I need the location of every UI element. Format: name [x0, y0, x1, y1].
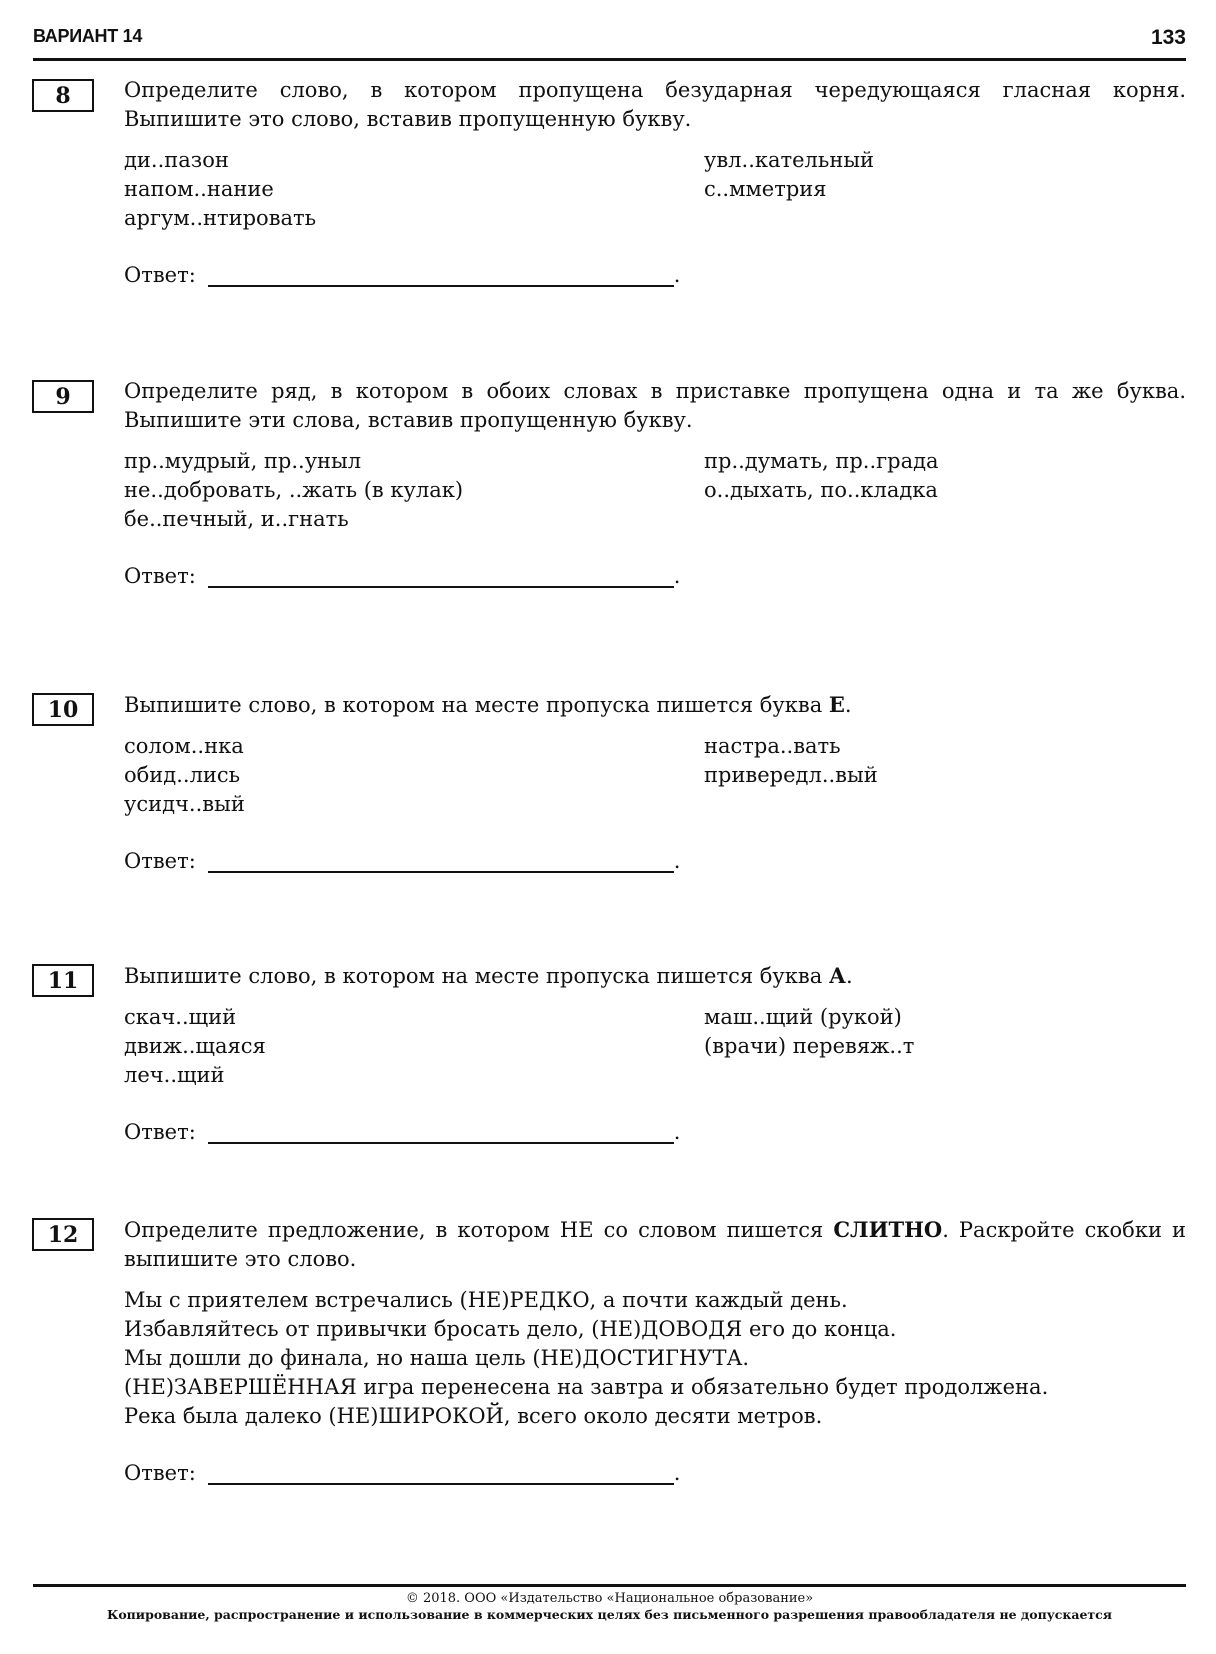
answer-row: Ответ: .	[124, 1461, 1186, 1485]
options-grid: ди..пазон напом..нание аргум..нтировать …	[124, 146, 1186, 233]
option: с..мметрия	[704, 175, 1186, 204]
options-right: настра..вать привередл..вый	[704, 732, 1186, 819]
answer-label: Ответ:	[124, 849, 196, 873]
options-right: маш..щий (рукой) (врачи) перевяж..т	[704, 1003, 1186, 1090]
option: маш..щий (рукой)	[704, 1003, 1186, 1032]
answer-field[interactable]	[208, 564, 674, 588]
option: увл..кательный	[704, 146, 1186, 175]
answer-row: Ответ: .	[124, 263, 1186, 287]
option: настра..вать	[704, 732, 1186, 761]
answer-field[interactable]	[208, 1120, 674, 1144]
option: ди..пазон	[124, 146, 704, 175]
answer-row: Ответ: .	[124, 564, 1186, 588]
sentence: Избавляйтесь от привычки бросать дело, (…	[124, 1315, 1186, 1344]
page-footer: © 2018. ООО «Издательство «Национальное …	[33, 1584, 1186, 1623]
answer-label: Ответ:	[124, 564, 196, 588]
option: аргум..нтировать	[124, 204, 704, 233]
answer-label: Ответ:	[124, 1461, 196, 1485]
sentence: (НЕ)ЗАВЕРШЁННАЯ игра перенесена на завтр…	[124, 1373, 1186, 1402]
options-grid: солом..нка обид..лись усидч..вый настра.…	[124, 732, 1186, 819]
option: солом..нка	[124, 732, 704, 761]
task-12: 12 Определите предложение, в котором НЕ …	[32, 1215, 1186, 1485]
option: о..дыхать, по..кладка	[704, 476, 1186, 505]
answer-row: Ответ: .	[124, 849, 1186, 873]
option: пр..думать, пр..града	[704, 447, 1186, 476]
task-number-box: 12	[32, 1218, 94, 1251]
option: бе..печный, и..гнать	[124, 505, 704, 534]
option: усидч..вый	[124, 790, 704, 819]
option: привередл..вый	[704, 761, 1186, 790]
sentence: Мы дошли до финала, но наша цель (НЕ)ДОС…	[124, 1344, 1186, 1373]
task-11: 11 Выпишите слово, в котором на месте пр…	[32, 961, 1186, 1144]
options-left: скач..щий движ..щаяся леч..щий	[124, 1003, 704, 1090]
task-question: Выпишите слово, в котором на месте пропу…	[124, 961, 1186, 991]
task-number-box: 11	[32, 964, 94, 997]
answer-label: Ответ:	[124, 1120, 196, 1144]
options-right: пр..думать, пр..града о..дыхать, по..кла…	[704, 447, 1186, 534]
task-9: 9 Определите ряд, в котором в обоих слов…	[32, 377, 1186, 588]
options-right: увл..кательный с..мметрия	[704, 146, 1186, 233]
task-question: Определите предложение, в котором НЕ со …	[124, 1215, 1186, 1274]
answer-field[interactable]	[208, 263, 674, 287]
task-8: 8 Определите слово, в котором пропущена …	[32, 76, 1186, 287]
options-left: пр..мудрый, пр..уныл не..добровать, ..жа…	[124, 447, 704, 534]
task-question: Выпишите слово, в котором на месте пропу…	[124, 690, 1186, 720]
task-number-box: 10	[32, 693, 94, 726]
option: движ..щаяся	[124, 1032, 704, 1061]
answer-field[interactable]	[208, 849, 674, 873]
task-number-box: 8	[32, 79, 94, 112]
options-left: ди..пазон напом..нание аргум..нтировать	[124, 146, 704, 233]
answer-label: Ответ:	[124, 263, 196, 287]
option: скач..щий	[124, 1003, 704, 1032]
page-number: 133	[1151, 26, 1186, 50]
page-header: ВАРИАНТ 14 133	[33, 22, 1186, 61]
option: не..добровать, ..жать (в кулак)	[124, 476, 704, 505]
task-number-box: 9	[32, 380, 94, 413]
variant-title: ВАРИАНТ 14	[33, 26, 142, 47]
option: обид..лись	[124, 761, 704, 790]
task-10: 10 Выпишите слово, в котором на месте пр…	[32, 690, 1186, 873]
sentence-list: Мы с приятелем встречались (НЕ)РЕДКО, а …	[124, 1286, 1186, 1431]
options-grid: пр..мудрый, пр..уныл не..добровать, ..жа…	[124, 447, 1186, 534]
answer-row: Ответ: .	[124, 1120, 1186, 1144]
options-grid: скач..щий движ..щаяся леч..щий маш..щий …	[124, 1003, 1186, 1090]
option: пр..мудрый, пр..уныл	[124, 447, 704, 476]
copyright-notice: Копирование, распространение и использов…	[33, 1607, 1186, 1623]
option: (врачи) перевяж..т	[704, 1032, 1186, 1061]
copyright-text: © 2018. ООО «Издательство «Национальное …	[33, 1591, 1186, 1607]
option: напом..нание	[124, 175, 704, 204]
task-question: Определите ряд, в котором в обоих словах…	[124, 377, 1186, 435]
sentence: Мы с приятелем встречались (НЕ)РЕДКО, а …	[124, 1286, 1186, 1315]
options-left: солом..нка обид..лись усидч..вый	[124, 732, 704, 819]
option: леч..щий	[124, 1061, 704, 1090]
sentence: Река была далеко (НЕ)ШИРОКОЙ, всего окол…	[124, 1402, 1186, 1431]
answer-field[interactable]	[208, 1461, 674, 1485]
task-question: Определите слово, в котором пропущена бе…	[124, 76, 1186, 134]
